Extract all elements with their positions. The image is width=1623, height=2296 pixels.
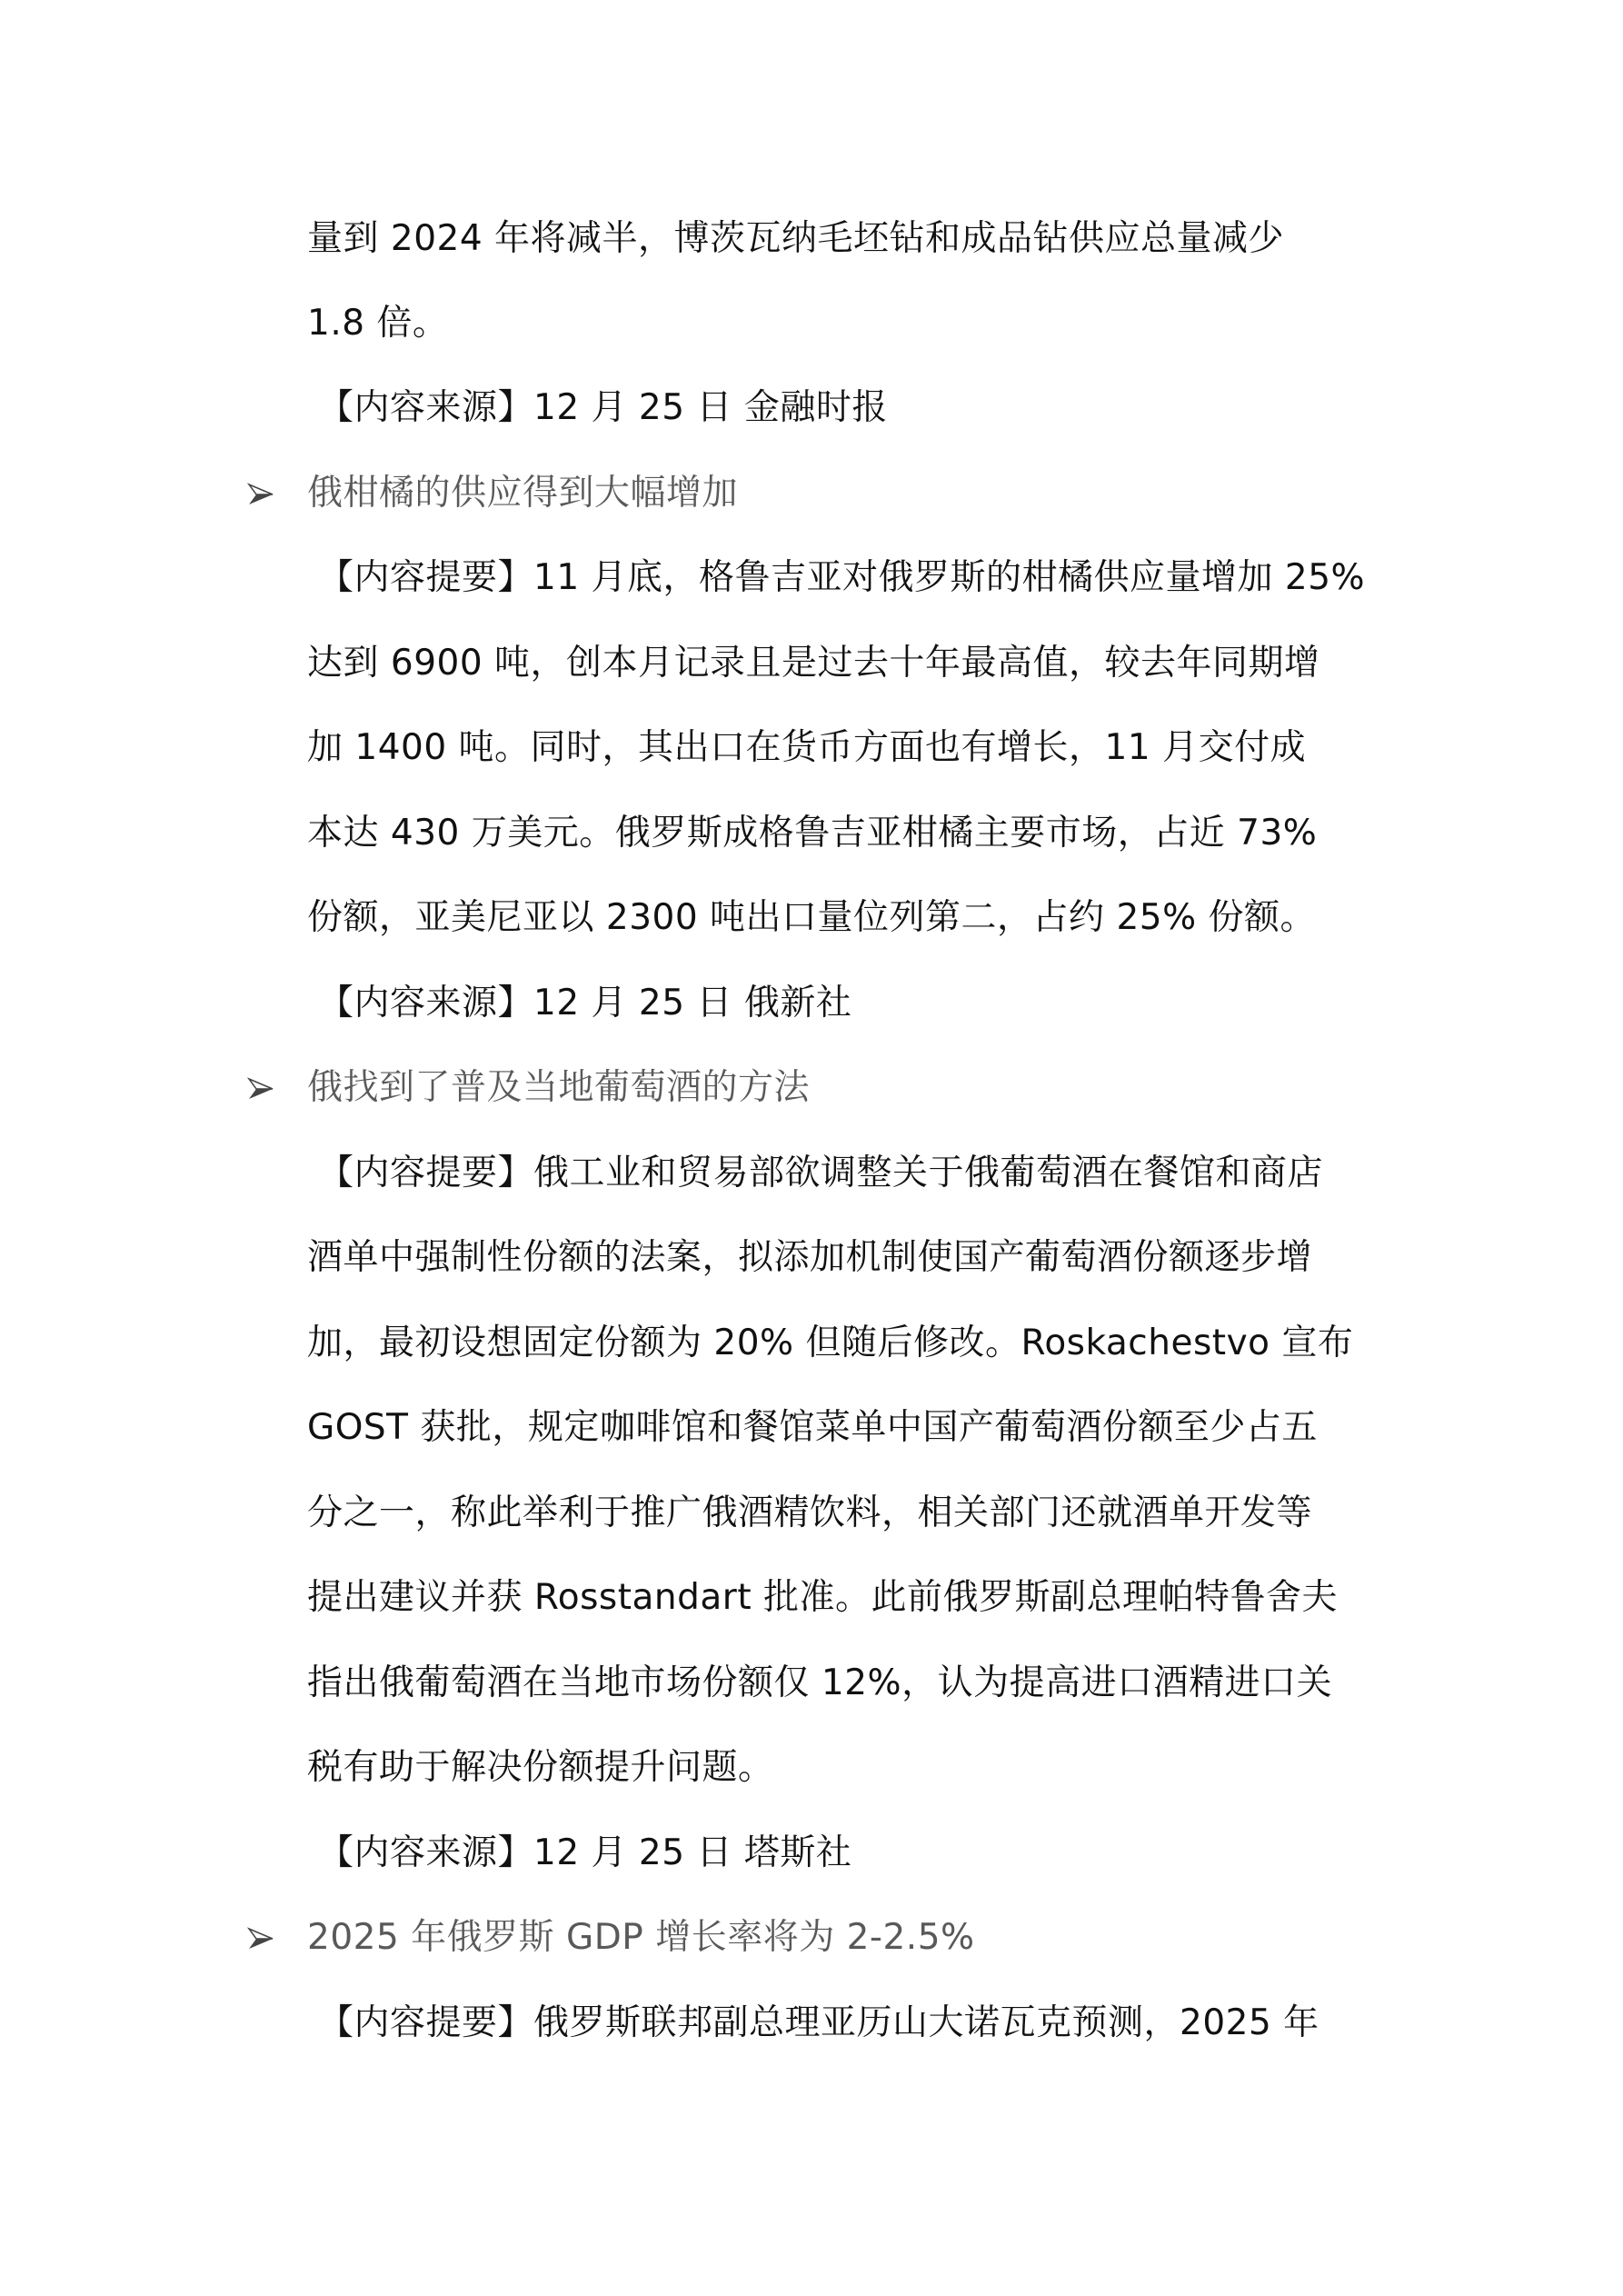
summary-line: GOST 获批，规定咖啡馆和餐馆菜单中国产葡萄酒份额至少占五 [307,1385,1379,1470]
document-page: 量到 2024 年将减半，博茨瓦纳毛坯钻和成品钻供应总量减少 1.8 倍。 【内… [0,0,1623,2296]
summary-line: 【内容提要】俄工业和贸易部欲调整关于俄葡萄酒在餐馆和商店 [318,1131,1390,1215]
summary-line: 酒单中强制性份额的法案，拟添加机制使国产葡萄酒份额逐步增 [307,1215,1379,1300]
source-line: 【内容来源】12 月 25 日 塔斯社 [318,1811,1390,1895]
summary-line: 加 1400 吨。同时，其出口在货币方面也有增长，11 月交付成 [307,705,1379,790]
summary-line: 本达 430 万美元。俄罗斯成格鲁吉亚柑橘主要市场，占近 73% [307,791,1379,875]
arrowhead-bullet-icon [247,451,284,535]
arrowhead-bullet-icon [247,1045,284,1130]
article-title: 俄找到了普及当地葡萄酒的方法 [307,1045,1379,1130]
summary-line: 【内容提要】11 月底，格鲁吉亚对俄罗斯的柑橘供应量增加 25% [318,535,1390,620]
summary-line: 【内容提要】俄罗斯联邦副总理亚历山大诺瓦克预测，2025 年 [318,1981,1390,2065]
source-line: 【内容来源】12 月 25 日 金融时报 [318,365,1390,450]
summary-line: 加，最初设想固定份额为 20% 但随后修改。Roskachestvo 宣布 [307,1301,1379,1385]
paragraph-line: 1.8 倍。 [307,281,1379,365]
arrowhead-bullet-icon [247,1895,284,1980]
summary-line: 提出建议并获 Rosstandart 批准。此前俄罗斯副总理帕特鲁舍夫 [307,1555,1379,1640]
summary-line: 税有助于解决份额提升问题。 [307,1725,1379,1810]
paragraph-line: 量到 2024 年将减半，博茨瓦纳毛坯钻和成品钻供应总量减少 [307,196,1379,281]
summary-line: 份额，亚美尼亚以 2300 吨出口量位列第二，占约 25% 份额。 [307,875,1379,960]
summary-line: 指出俄葡萄酒在当地市场份额仅 12%，认为提高进口酒精进口关 [307,1641,1379,1725]
source-line: 【内容来源】12 月 25 日 俄新社 [318,961,1390,1045]
summary-line: 达到 6900 吨，创本月记录且是过去十年最高值，较去年同期增 [307,621,1379,705]
article-title: 2025 年俄罗斯 GDP 增长率将为 2-2.5% [307,1895,1379,1980]
summary-line: 分之一，称此举利于推广俄酒精饮料，相关部门还就酒单开发等 [307,1471,1379,1555]
article-title: 俄柑橘的供应得到大幅增加 [307,451,1379,535]
